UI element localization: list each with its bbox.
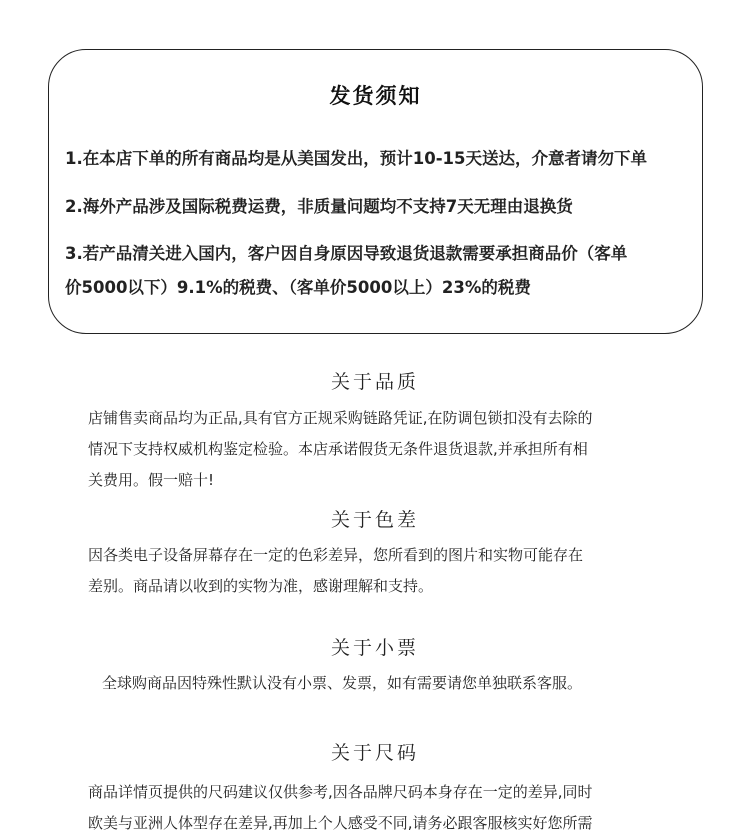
- size-line: 商品详情页提供的尺码建议仅供参考,因各品牌尺码本身存在一定的差异,同时: [88, 777, 648, 808]
- section-title-receipt: 关于小票: [0, 633, 750, 660]
- section-title-quality: 关于品质: [0, 367, 750, 394]
- notice-line-1: 1.在本店下单的所有商品均是从美国发出，预计10-15天送达，介意者请勿下单: [65, 145, 692, 169]
- color-paragraph: 因各类电子设备屏幕存在一定的色彩差异，您所看到的图片和实物可能存在 差别。商品请…: [88, 540, 648, 602]
- color-line: 因各类电子设备屏幕存在一定的色彩差异，您所看到的图片和实物可能存在: [88, 540, 648, 571]
- section-title-size: 关于尺码: [0, 738, 750, 765]
- quality-line: 店铺售卖商品均为正品,具有官方正规采购链路凭证,在防调包锁扣没有去除的: [88, 403, 648, 434]
- receipt-paragraph: 全球购商品因特殊性默认没有小票、发票，如有需要请您单独联系客服。: [102, 668, 662, 699]
- notice-line-3: 3.若产品清关进入国内，客户因自身原因导致退货退款需要承担商品价（客单: [65, 240, 692, 264]
- size-line: 欧美与亚洲人体型存在差异,再加上个人感受不同,请务必跟客服核实好您所需: [88, 808, 648, 832]
- size-paragraph: 商品详情页提供的尺码建议仅供参考,因各品牌尺码本身存在一定的差异,同时 欧美与亚…: [88, 777, 648, 832]
- shipping-notice-box: 发货须知 1.在本店下单的所有商品均是从美国发出，预计10-15天送达，介意者请…: [48, 49, 703, 334]
- color-line: 差别。商品请以收到的实物为准，感谢理解和支持。: [88, 571, 648, 602]
- notice-title: 发货须知: [49, 80, 702, 110]
- notice-line-2: 2.海外产品涉及国际税费运费，非质量问题均不支持7天无理由退换货: [65, 193, 692, 217]
- notice-line-3-cont: 价5000以下）9.1%的税费、（客单价5000以上）23%的税费: [65, 274, 692, 298]
- quality-line: 情况下支持权威机构鉴定检验。本店承诺假货无条件退货退款,并承担所有相: [88, 434, 648, 465]
- receipt-line: 全球购商品因特殊性默认没有小票、发票，如有需要请您单独联系客服。: [102, 668, 662, 699]
- section-title-color: 关于色差: [0, 505, 750, 532]
- quality-paragraph: 店铺售卖商品均为正品,具有官方正规采购链路凭证,在防调包锁扣没有去除的 情况下支…: [88, 403, 648, 496]
- quality-line: 关费用。假一赔十!: [88, 465, 648, 496]
